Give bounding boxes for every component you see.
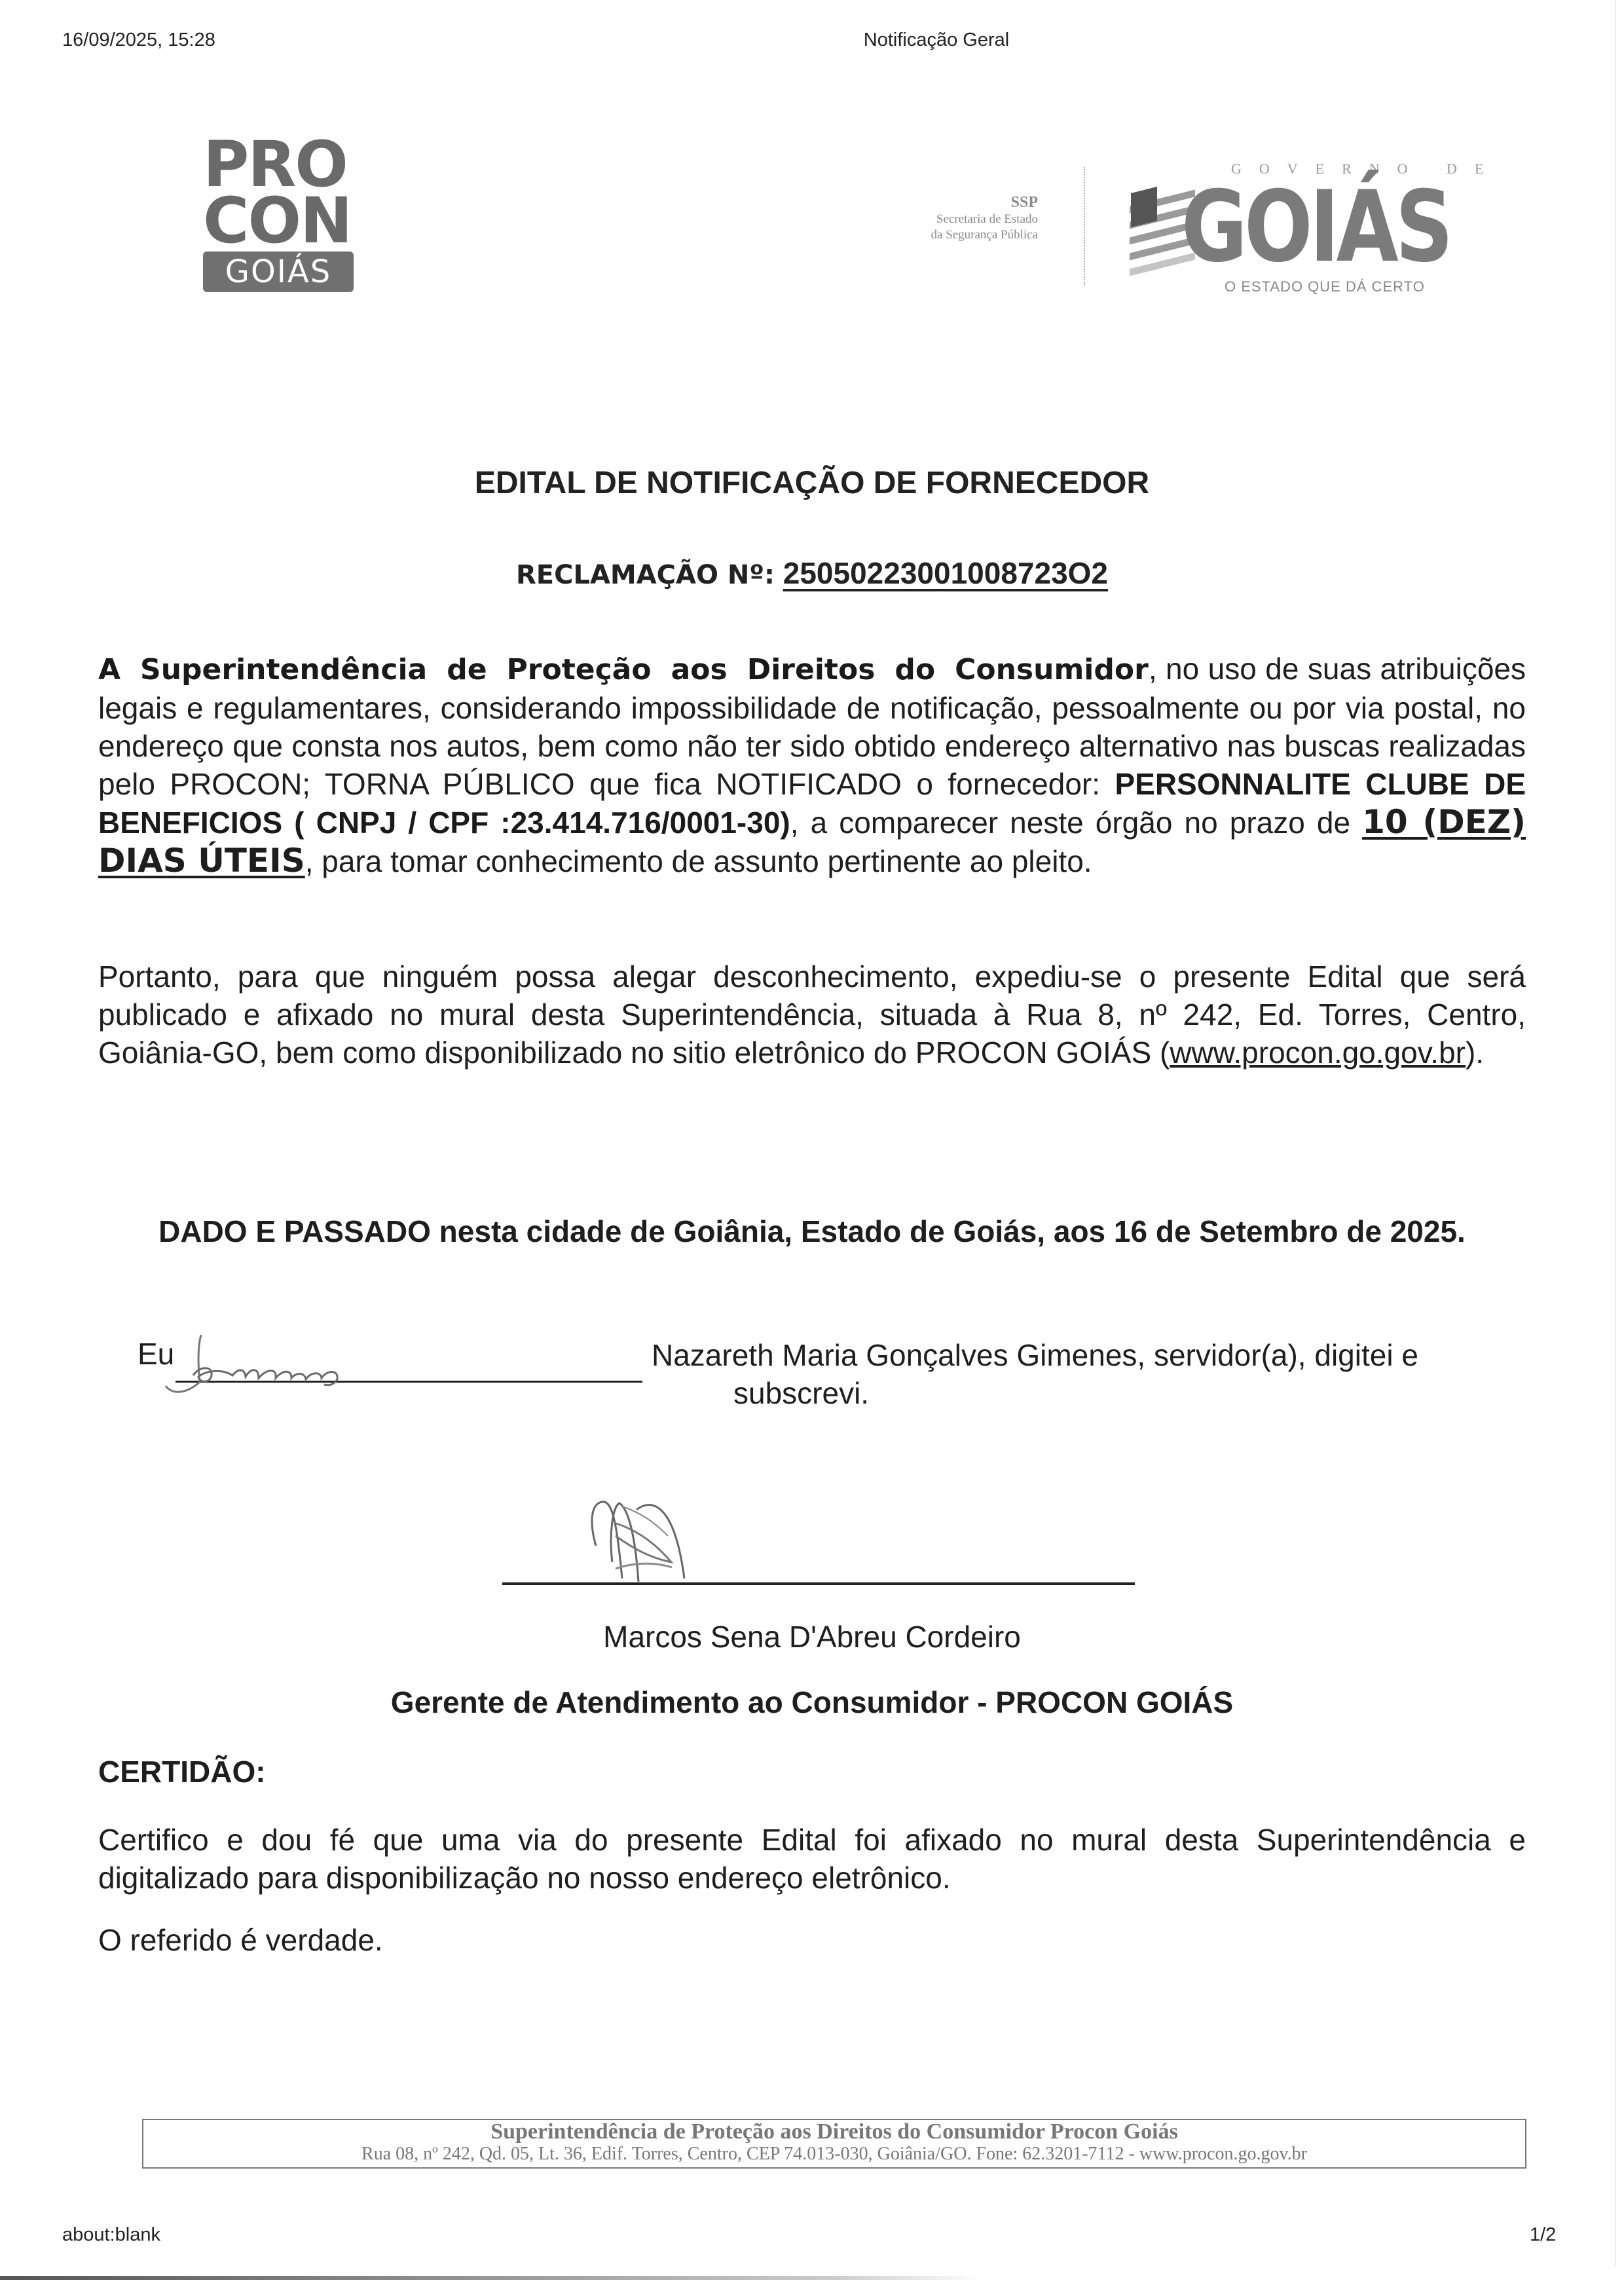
procon-logo-badge: GOIÁS xyxy=(203,252,354,292)
typist-signature-icon xyxy=(160,1330,422,1402)
typist-line2: subscrevi. xyxy=(652,1374,1418,1412)
given-at-text: nesta cidade de Goiânia, Estado de Goiás… xyxy=(431,1214,1466,1248)
paragraph1-text-c: , para tomar conhecimento de assunto per… xyxy=(305,844,1092,878)
logo-divider xyxy=(1084,167,1085,285)
given-at-bold: DADO E PASSADO xyxy=(158,1214,431,1248)
ssp-line2: da Segurança Pública xyxy=(877,227,1038,243)
typist-statement: Nazareth Maria Gonçalves Gimenes, servid… xyxy=(652,1336,1418,1412)
governo-goias-logo: GOVERNO DE GOIÁS O ESTADO QUE DÁ CERTO xyxy=(1130,160,1509,295)
signer-role: Gerente de Atendimento ao Consumidor - P… xyxy=(0,1685,1624,1720)
complaint-number-line: RECLAMAÇÃO Nº: 25050223001008723O2 xyxy=(0,555,1624,591)
publication-paragraph: Portanto, para que ninguém possa alegar … xyxy=(98,958,1526,1072)
certificate-heading: CERTIDÃO: xyxy=(98,1754,266,1789)
paragraph1-text-b: , a comparecer neste órgão no prazo de xyxy=(790,806,1362,840)
agency-name: A Superintendência de Proteção aos Direi… xyxy=(98,653,1149,686)
notification-paragraph: A Superintendência de Proteção aos Direi… xyxy=(98,650,1526,880)
certificate-text: Certifico e dou fé que uma via do presen… xyxy=(98,1821,1526,1897)
ssp-line1: Secretaria de Estado xyxy=(877,212,1038,227)
manager-signature-icon xyxy=(576,1497,707,1585)
print-page-counter: 1/2 xyxy=(1530,2224,1556,2246)
print-url: about:blank xyxy=(62,2224,160,2246)
paragraph2-end: ). xyxy=(1466,1036,1484,1070)
goias-flag-icon xyxy=(1130,185,1175,270)
ssp-abbr: SSP xyxy=(877,194,1038,212)
typist-line1: Nazareth Maria Gonçalves Gimenes, servid… xyxy=(652,1338,1418,1372)
print-page-title: Notificação Geral xyxy=(0,29,1624,51)
footer-address: Rua 08, nº 242, Qd. 05, Lt. 36, Edif. To… xyxy=(143,2144,1525,2165)
certificate-closing: O referido é verdade. xyxy=(98,1922,383,1958)
procon-logo-line2: CON xyxy=(203,193,360,249)
procon-website-link[interactable]: www.procon.go.gov.br xyxy=(1170,1036,1466,1070)
scan-edge-line xyxy=(1615,0,1616,2266)
procon-goias-logo: PRO CON GOIÁS xyxy=(203,136,360,292)
footer-agency-name: Superintendência de Proteção aos Direito… xyxy=(143,2120,1525,2144)
ssp-logo: SSP Secretaria de Estado da Segurança Pú… xyxy=(877,194,1038,243)
document-title: EDITAL DE NOTIFICAÇÃO DE FORNECEDOR xyxy=(0,465,1624,501)
given-at-statement: DADO E PASSADO nesta cidade de Goiânia, … xyxy=(131,1212,1493,1251)
complaint-number: 25050223001008723O2 xyxy=(783,556,1108,590)
scan-smear xyxy=(0,2276,982,2280)
agency-footer-box: Superintendência de Proteção aos Direito… xyxy=(142,2119,1526,2169)
goias-logo-word: GOIÁS xyxy=(1181,181,1450,273)
complaint-label: RECLAMAÇÃO Nº: xyxy=(516,560,775,590)
manager-signature-line xyxy=(502,1582,1135,1585)
signer-name: Marcos Sena D'Abreu Cordeiro xyxy=(0,1619,1624,1654)
